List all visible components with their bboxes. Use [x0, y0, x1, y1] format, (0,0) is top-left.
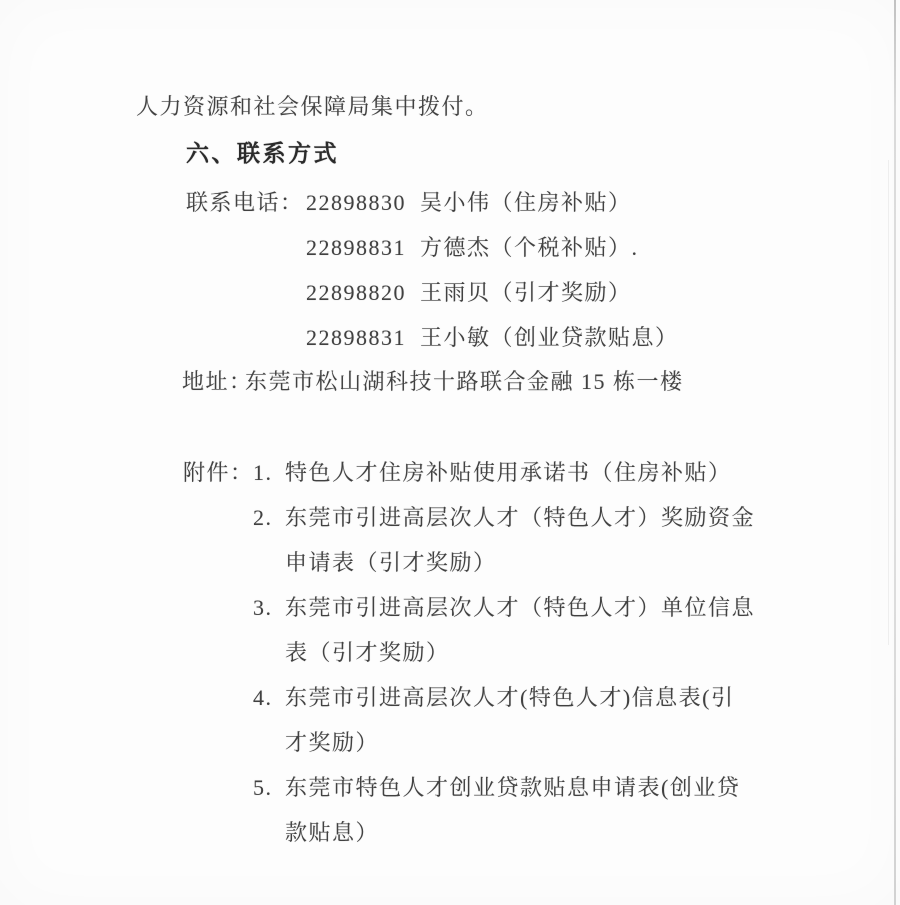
scanner-edge-line: [894, 0, 896, 905]
attachments-label: 附件：: [183, 450, 253, 495]
attachment-number: 5.: [253, 765, 285, 810]
address-label: 地址：: [182, 359, 245, 404]
contact-person: 方德杰（个税补贴）.: [420, 235, 639, 260]
attachment-text: 特色人才住房补贴使用承诺书（住房补贴）: [285, 450, 732, 495]
contact-person: 吴小伟（住房补贴）: [420, 190, 632, 215]
attachment-text: 东莞市引进高层次人才(特色人才)信息表(引 才奖励）: [285, 675, 734, 765]
attachment-number: 3.: [253, 585, 285, 630]
phone-number: 22898831: [306, 315, 406, 360]
intro-paragraph: 人力资源和社会保障局集中拨付。: [136, 84, 489, 129]
contact-row: 22898831方德杰（个税补贴）.: [186, 225, 679, 270]
attachment-line: 特色人才住房补贴使用承诺书（住房补贴）: [285, 450, 732, 495]
contact-row: 22898820王雨贝（引才奖励）: [186, 270, 679, 315]
attachment-line: 东莞市引进高层次人才（特色人才）单位信息: [285, 585, 755, 630]
phone-number: 22898831: [306, 225, 406, 270]
attachment-item: 3. 东莞市引进高层次人才（特色人才）单位信息 表（引才奖励）: [253, 585, 755, 675]
attachment-line: 表（引才奖励）: [285, 630, 755, 675]
contact-person: 王小敏（创业贷款贴息）: [420, 325, 679, 350]
attachment-number: 2.: [253, 495, 285, 540]
attachment-text: 东莞市引进高层次人才（特色人才）奖励资金 申请表（引才奖励）: [285, 495, 755, 585]
contact-person: 王雨贝（引才奖励）: [420, 280, 632, 305]
attachment-item: 4. 东莞市引进高层次人才(特色人才)信息表(引 才奖励）: [253, 675, 755, 765]
phone-number: 22898820: [306, 270, 406, 315]
address-line: 地址：东莞市松山湖科技十路联合金融 15 栋一楼: [182, 359, 684, 404]
phone-number: 22898830: [306, 180, 406, 225]
contact-row: 22898831王小敏（创业贷款贴息）: [186, 315, 679, 360]
attachment-item: 5. 东莞市特色人才创业贷款贴息申请表(创业贷 款贴息）: [253, 765, 755, 855]
attachment-line: 东莞市引进高层次人才(特色人才)信息表(引: [285, 675, 734, 720]
attachment-text: 东莞市引进高层次人才（特色人才）单位信息 表（引才奖励）: [285, 585, 755, 675]
attachment-text: 东莞市特色人才创业贷款贴息申请表(创业贷 款贴息）: [285, 765, 740, 855]
address-text: 东莞市松山湖科技十路联合金融 15 栋一楼: [245, 369, 684, 394]
contact-block: 联系电话：22898830吴小伟（住房补贴） 22898831方德杰（个税补贴）…: [186, 180, 679, 360]
attachment-number: 1.: [253, 450, 285, 495]
attachment-line: 申请表（引才奖励）: [285, 540, 755, 585]
attachment-item: 2. 东莞市引进高层次人才（特色人才）奖励资金 申请表（引才奖励）: [253, 495, 755, 585]
attachment-line: 东莞市特色人才创业贷款贴息申请表(创业贷: [285, 765, 740, 810]
contact-row: 联系电话：22898830吴小伟（住房补贴）: [186, 180, 679, 225]
attachment-line: 东莞市引进高层次人才（特色人才）奖励资金: [285, 495, 755, 540]
attachments-block: 附件： 1. 特色人才住房补贴使用承诺书（住房补贴） 2. 东莞市引进高层次人才…: [183, 450, 755, 855]
attachment-line: 款贴息）: [285, 810, 740, 855]
section-heading: 六、联系方式: [186, 131, 339, 176]
attachments-list: 1. 特色人才住房补贴使用承诺书（住房补贴） 2. 东莞市引进高层次人才（特色人…: [253, 450, 755, 855]
scanned-document-page: 人力资源和社会保障局集中拨付。 六、联系方式 联系电话：22898830吴小伟（…: [0, 0, 900, 905]
attachment-line: 才奖励）: [285, 720, 734, 765]
attachment-number: 4.: [253, 675, 285, 720]
scanner-edge-line-faint: [888, 160, 889, 645]
contact-label: 联系电话：: [186, 180, 306, 225]
attachment-item: 1. 特色人才住房补贴使用承诺书（住房补贴）: [253, 450, 755, 495]
